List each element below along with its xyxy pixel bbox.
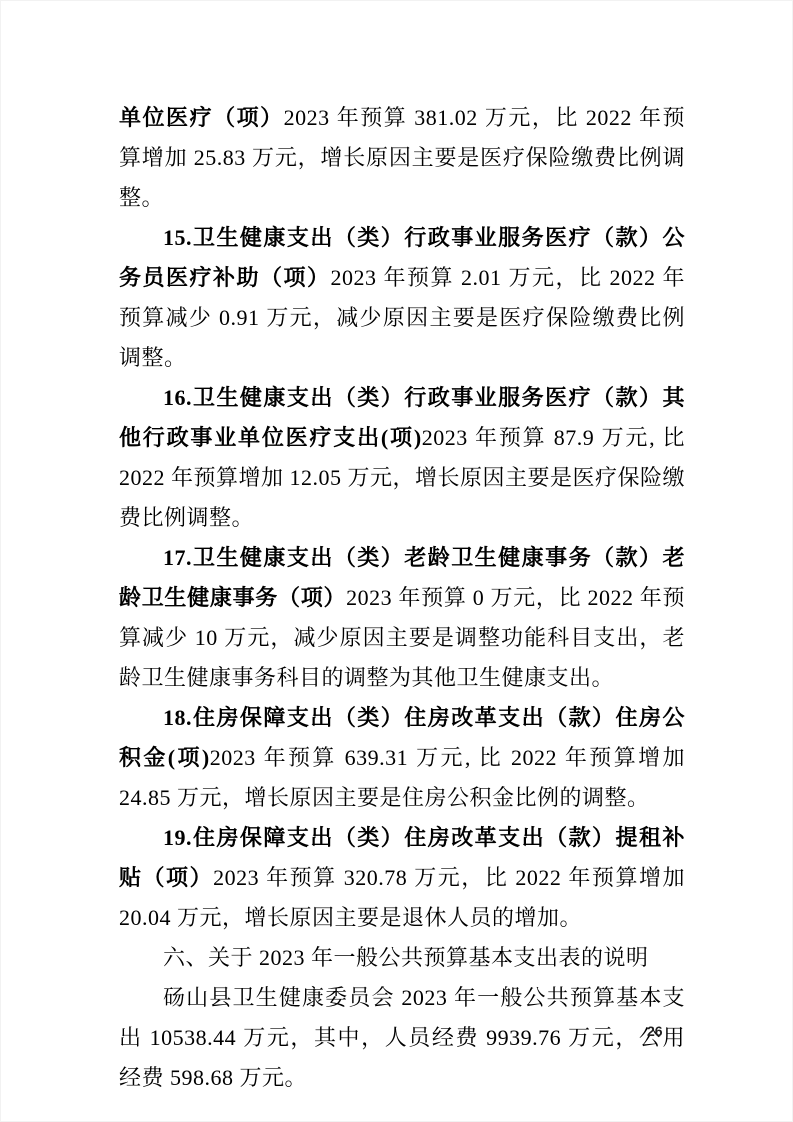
document-body: 单位医疗（项）2023 年预算 381.02 万元，比 2022 年预算增加 2…: [119, 98, 685, 1098]
paragraph: 19.住房保障支出（类）住房改革支出（款）提租补贴（项）2023 年预算 320…: [119, 818, 685, 938]
document-page: 单位医疗（项）2023 年预算 381.02 万元，比 2022 年预算增加 2…: [0, 0, 793, 1122]
paragraph: 六、关于 2023 年一般公共预算基本支出表的说明: [119, 938, 685, 978]
paragraph: 17.卫生健康支出（类）老龄卫生健康事务（款）老龄卫生健康事务（项）2023 年…: [119, 538, 685, 698]
paragraph: 16.卫生健康支出（类）行政事业服务医疗（款）其他行政事业单位医疗支出(项)20…: [119, 378, 685, 538]
paragraph: 15.卫生健康支出（类）行政事业服务医疗（款）公务员医疗补助（项）2023 年预…: [119, 218, 685, 378]
paragraph-body-text: 六、关于 2023 年一般公共预算基本支出表的说明: [163, 945, 649, 970]
paragraph: 18.住房保障支出（类）住房改革支出（款）住房公积金(项)2023 年预算 63…: [119, 698, 685, 818]
page-number: 26: [647, 1023, 663, 1039]
paragraph: 单位医疗（项）2023 年预算 381.02 万元，比 2022 年预算增加 2…: [119, 98, 685, 218]
paragraph: 砀山县卫生健康委员会 2023 年一般公共预算基本支出 10538.44 万元，…: [119, 978, 685, 1098]
paragraph-heading-text: 单位医疗（项）: [119, 105, 284, 130]
paragraph-body-text: 砀山县卫生健康委员会 2023 年一般公共预算基本支出 10538.44 万元，…: [119, 985, 685, 1090]
